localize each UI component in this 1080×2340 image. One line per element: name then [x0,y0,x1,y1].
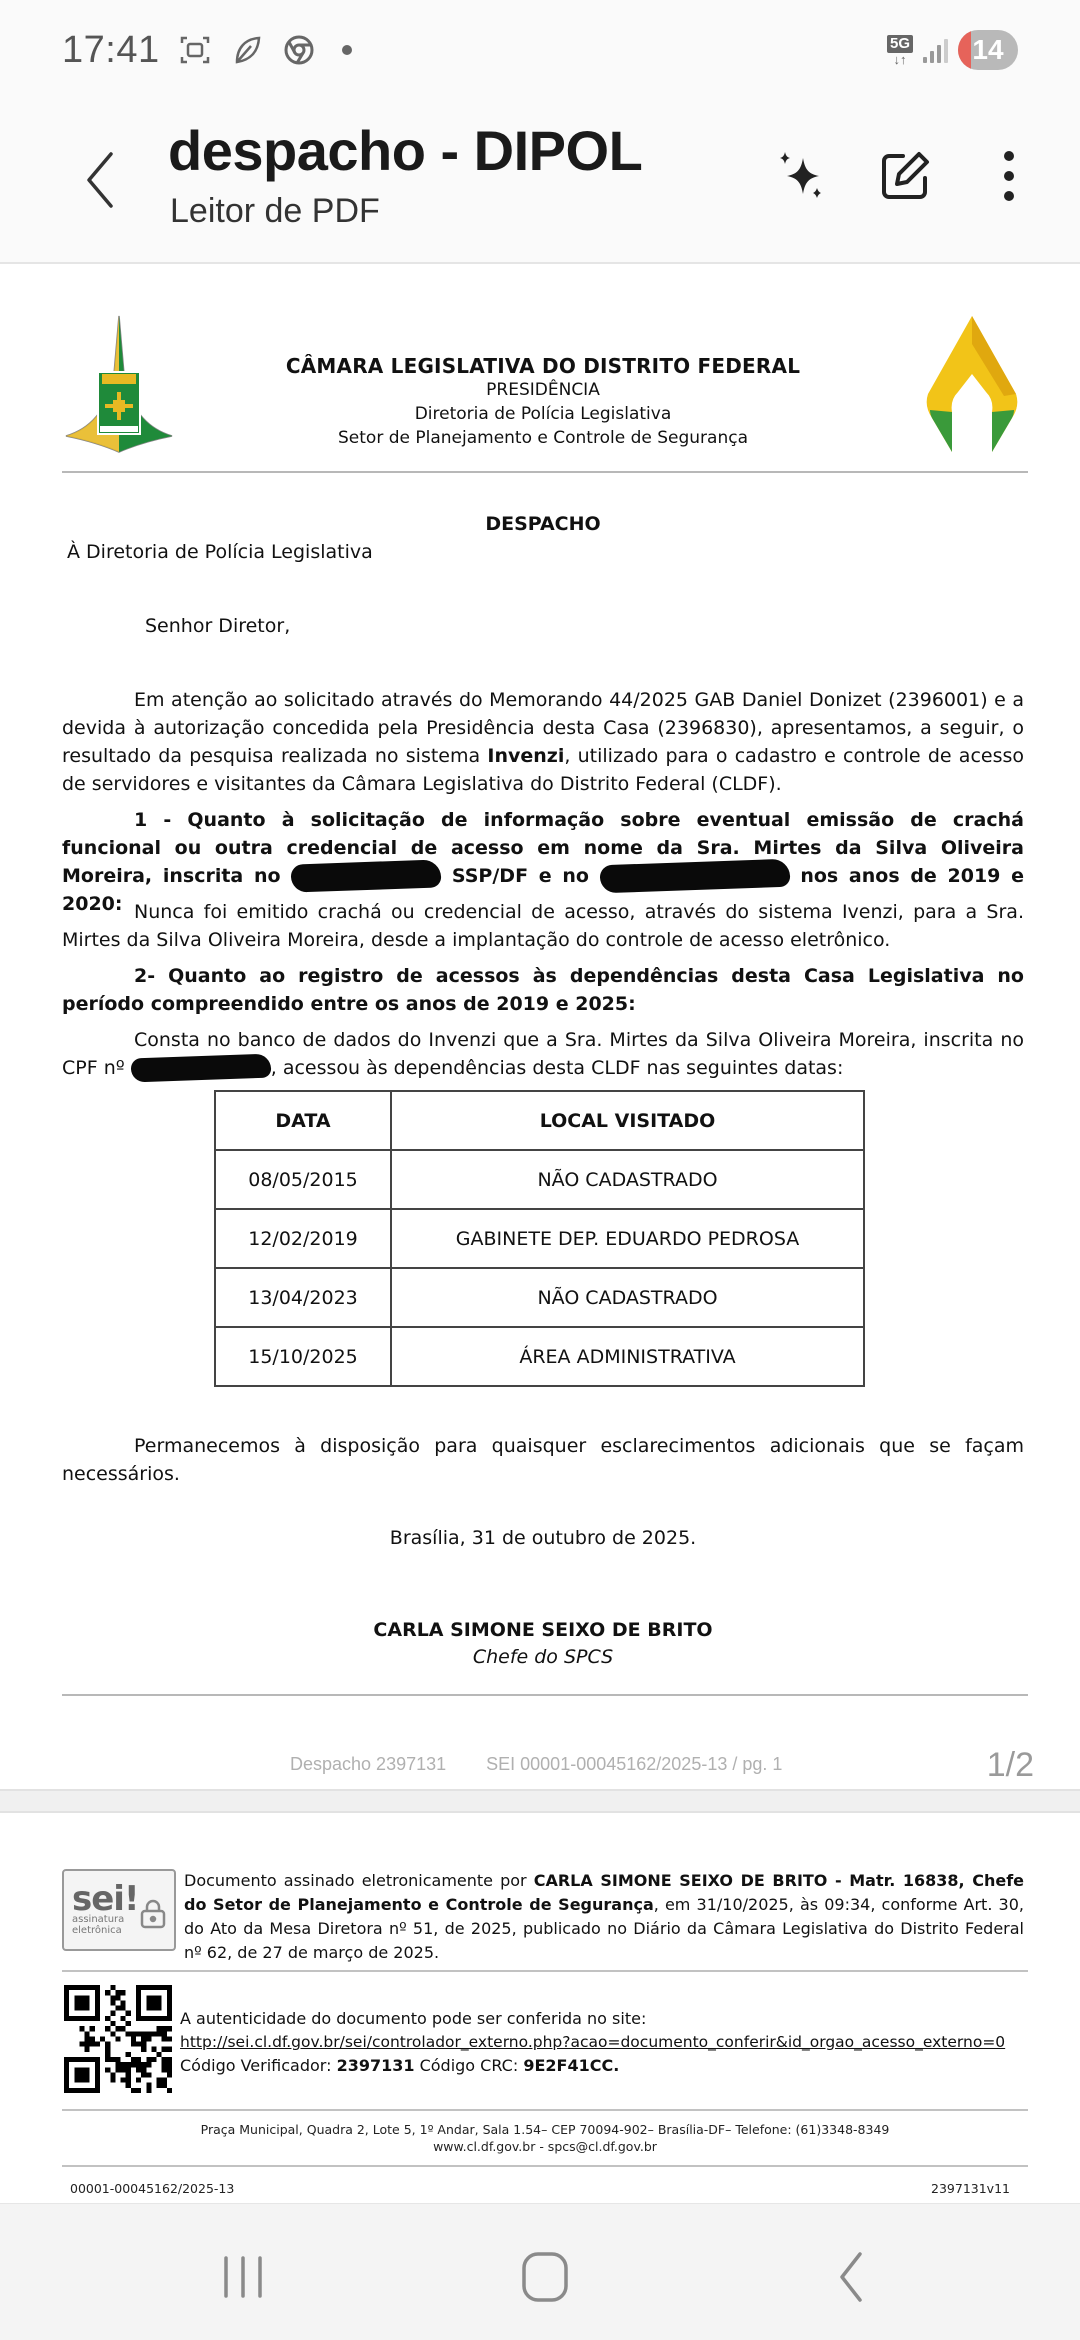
recent-apps-button[interactable] [198,2242,288,2312]
document-heading: DESPACHO [62,510,1024,538]
recipient-line: À Diretoria de Polícia Legislativa [67,538,1029,566]
signature-divider [62,1694,1028,1696]
access-location-cell: NÃO CADASTRADO [391,1268,864,1327]
closing-paragraph: Permanecemos à disposição para quaisquer… [62,1432,1024,1488]
notification-dot [342,45,352,55]
battery-indicator: 14 [958,30,1018,70]
document-header: CÂMARA LEGISLATIVA DO DISTRITO FEDERAL P… [62,314,1024,484]
document-title: despacho - DIPOL [168,118,642,183]
table-header-row: DATA LOCAL VISITADO [215,1091,864,1150]
column-header-date: DATA [215,1091,391,1150]
status-time: 17:41 [62,29,160,72]
item-1-answer: Nunca foi emitido crachá ou credencial d… [62,898,1024,954]
place-date: Brasília, 31 de outubro de 2025. [62,1524,1024,1552]
verification-text: A autenticidade do documento pode ser co… [180,2007,1005,2077]
access-location-cell: GABINETE DEP. EDUARDO PEDROSA [391,1209,864,1268]
process-number: 00001-00045162/2025-13 [70,2181,234,2196]
app-actions [770,140,1040,212]
access-date-cell: 15/10/2025 [215,1327,391,1386]
document-version: 2397131v11 [931,2181,1010,2196]
verification-link[interactable]: http://sei.cl.df.gov.br/sei/controlador_… [180,2033,1005,2051]
network-5g-icon: 5G ↓↑ [887,35,913,66]
status-icons-right: 5G ↓↑ 14 [887,30,1018,70]
sei-signature-logo: sei! assinatura eletrônica [62,1869,176,1951]
signer-role: Chefe do SPCS [62,1643,1024,1671]
back-button[interactable] [72,140,128,220]
app-subtitle: Leitor de PDF [170,192,380,231]
screenshot-icon [178,33,212,67]
back-icon [834,2250,868,2304]
item-2-question: 2- Quanto ao registro de acessos às depe… [62,962,1024,1018]
signature-text: Documento assinado eletronicamente por C… [184,1869,1024,1965]
table-row: 13/04/2023NÃO CADASTRADO [215,1268,864,1327]
page-gap [0,1789,1080,1813]
edit-icon [877,148,933,204]
status-bar: 17:41 5G ↓↑ 14 [0,0,1080,100]
access-log-table: DATA LOCAL VISITADO 08/05/2015NÃO CADAST… [214,1090,865,1387]
signature-block-divider [62,1970,1028,1972]
ai-assist-button[interactable] [770,140,832,212]
pdf-page-footer: Despacho 2397131SEI 00001-00045162/2025-… [0,1754,1080,1789]
item-2-answer: Consta no banco de dados do Invenzi que … [62,1026,1024,1082]
verification-code: 2397131 [337,2056,415,2075]
access-date-cell: 13/04/2023 [215,1268,391,1327]
access-location-cell: NÃO CADASTRADO [391,1150,864,1209]
signal-strength-icon [923,37,948,63]
back-nav-button[interactable] [806,2242,896,2312]
page-footer-meta: Despacho 2397131SEI 00001-00045162/2025-… [290,1754,782,1775]
column-header-location: LOCAL VISITADO [391,1091,864,1150]
app-bar: despacho - DIPOL Leitor de PDF [0,100,1080,262]
cldf-logo [920,314,1024,458]
access-table-container: DATA LOCAL VISITADO 08/05/2015NÃO CADAST… [214,1090,865,1387]
intro-paragraph: Em atenção ao solicitado através do Memo… [62,686,1024,798]
crc-code: 9E2F41CC. [523,2056,619,2075]
electronic-signature-block: sei! assinatura eletrônica Documento ass… [62,1869,1024,1965]
salutation: Senhor Diretor, [145,612,1080,640]
address-footer: Praça Municipal, Quadra 2, Lote 5, 1º An… [62,2121,1028,2155]
home-icon [520,2250,570,2304]
signer-name: CARLA SIMONE SEIXO DE BRITO [62,1616,1024,1644]
more-options-button[interactable] [978,140,1040,212]
redacted-rg [291,859,442,892]
header-text: CÂMARA LEGISLATIVA DO DISTRITO FEDERAL P… [182,354,904,450]
leaf-icon [230,33,264,67]
qr-code [64,1985,172,2093]
status-icons-left [178,33,352,67]
df-coat-of-arms-logo [62,314,176,458]
table-row: 08/05/2015NÃO CADASTRADO [215,1150,864,1209]
access-date-cell: 12/02/2019 [215,1209,391,1268]
verification-block: A autenticidade do documento pode ser co… [62,1985,1024,2095]
access-location-cell: ÁREA ADMINISTRATIVA [391,1327,864,1386]
ai-sparkle-icon [773,148,829,204]
more-options-icon [999,148,1019,204]
document-ids: 00001-00045162/2025-13 2397131v11 [70,2181,1010,2196]
header-divider [62,471,1028,473]
edit-button[interactable] [874,140,936,212]
system-nav-bar [0,2203,1080,2340]
redacted-cpf [599,859,790,894]
access-date-cell: 08/05/2015 [215,1150,391,1209]
table-row: 15/10/2025ÁREA ADMINISTRATIVA [215,1327,864,1386]
redacted-cpf [130,1054,271,1083]
recent-apps-icon [218,2252,268,2302]
verification-divider [62,2109,1028,2111]
chrome-icon [282,33,316,67]
address-divider [62,2165,1028,2167]
chevron-left-icon [83,150,117,210]
table-row: 12/02/2019GABINETE DEP. EDUARDO PEDROSA [215,1209,864,1268]
home-button[interactable] [500,2242,590,2312]
page-indicator: 1/2 [987,1746,1034,1785]
pdf-page-1[interactable]: CÂMARA LEGISLATIVA DO DISTRITO FEDERAL P… [0,264,1080,1789]
lock-icon [140,1899,166,1929]
pdf-page-2[interactable]: sei! assinatura eletrônica Documento ass… [0,1813,1080,2203]
